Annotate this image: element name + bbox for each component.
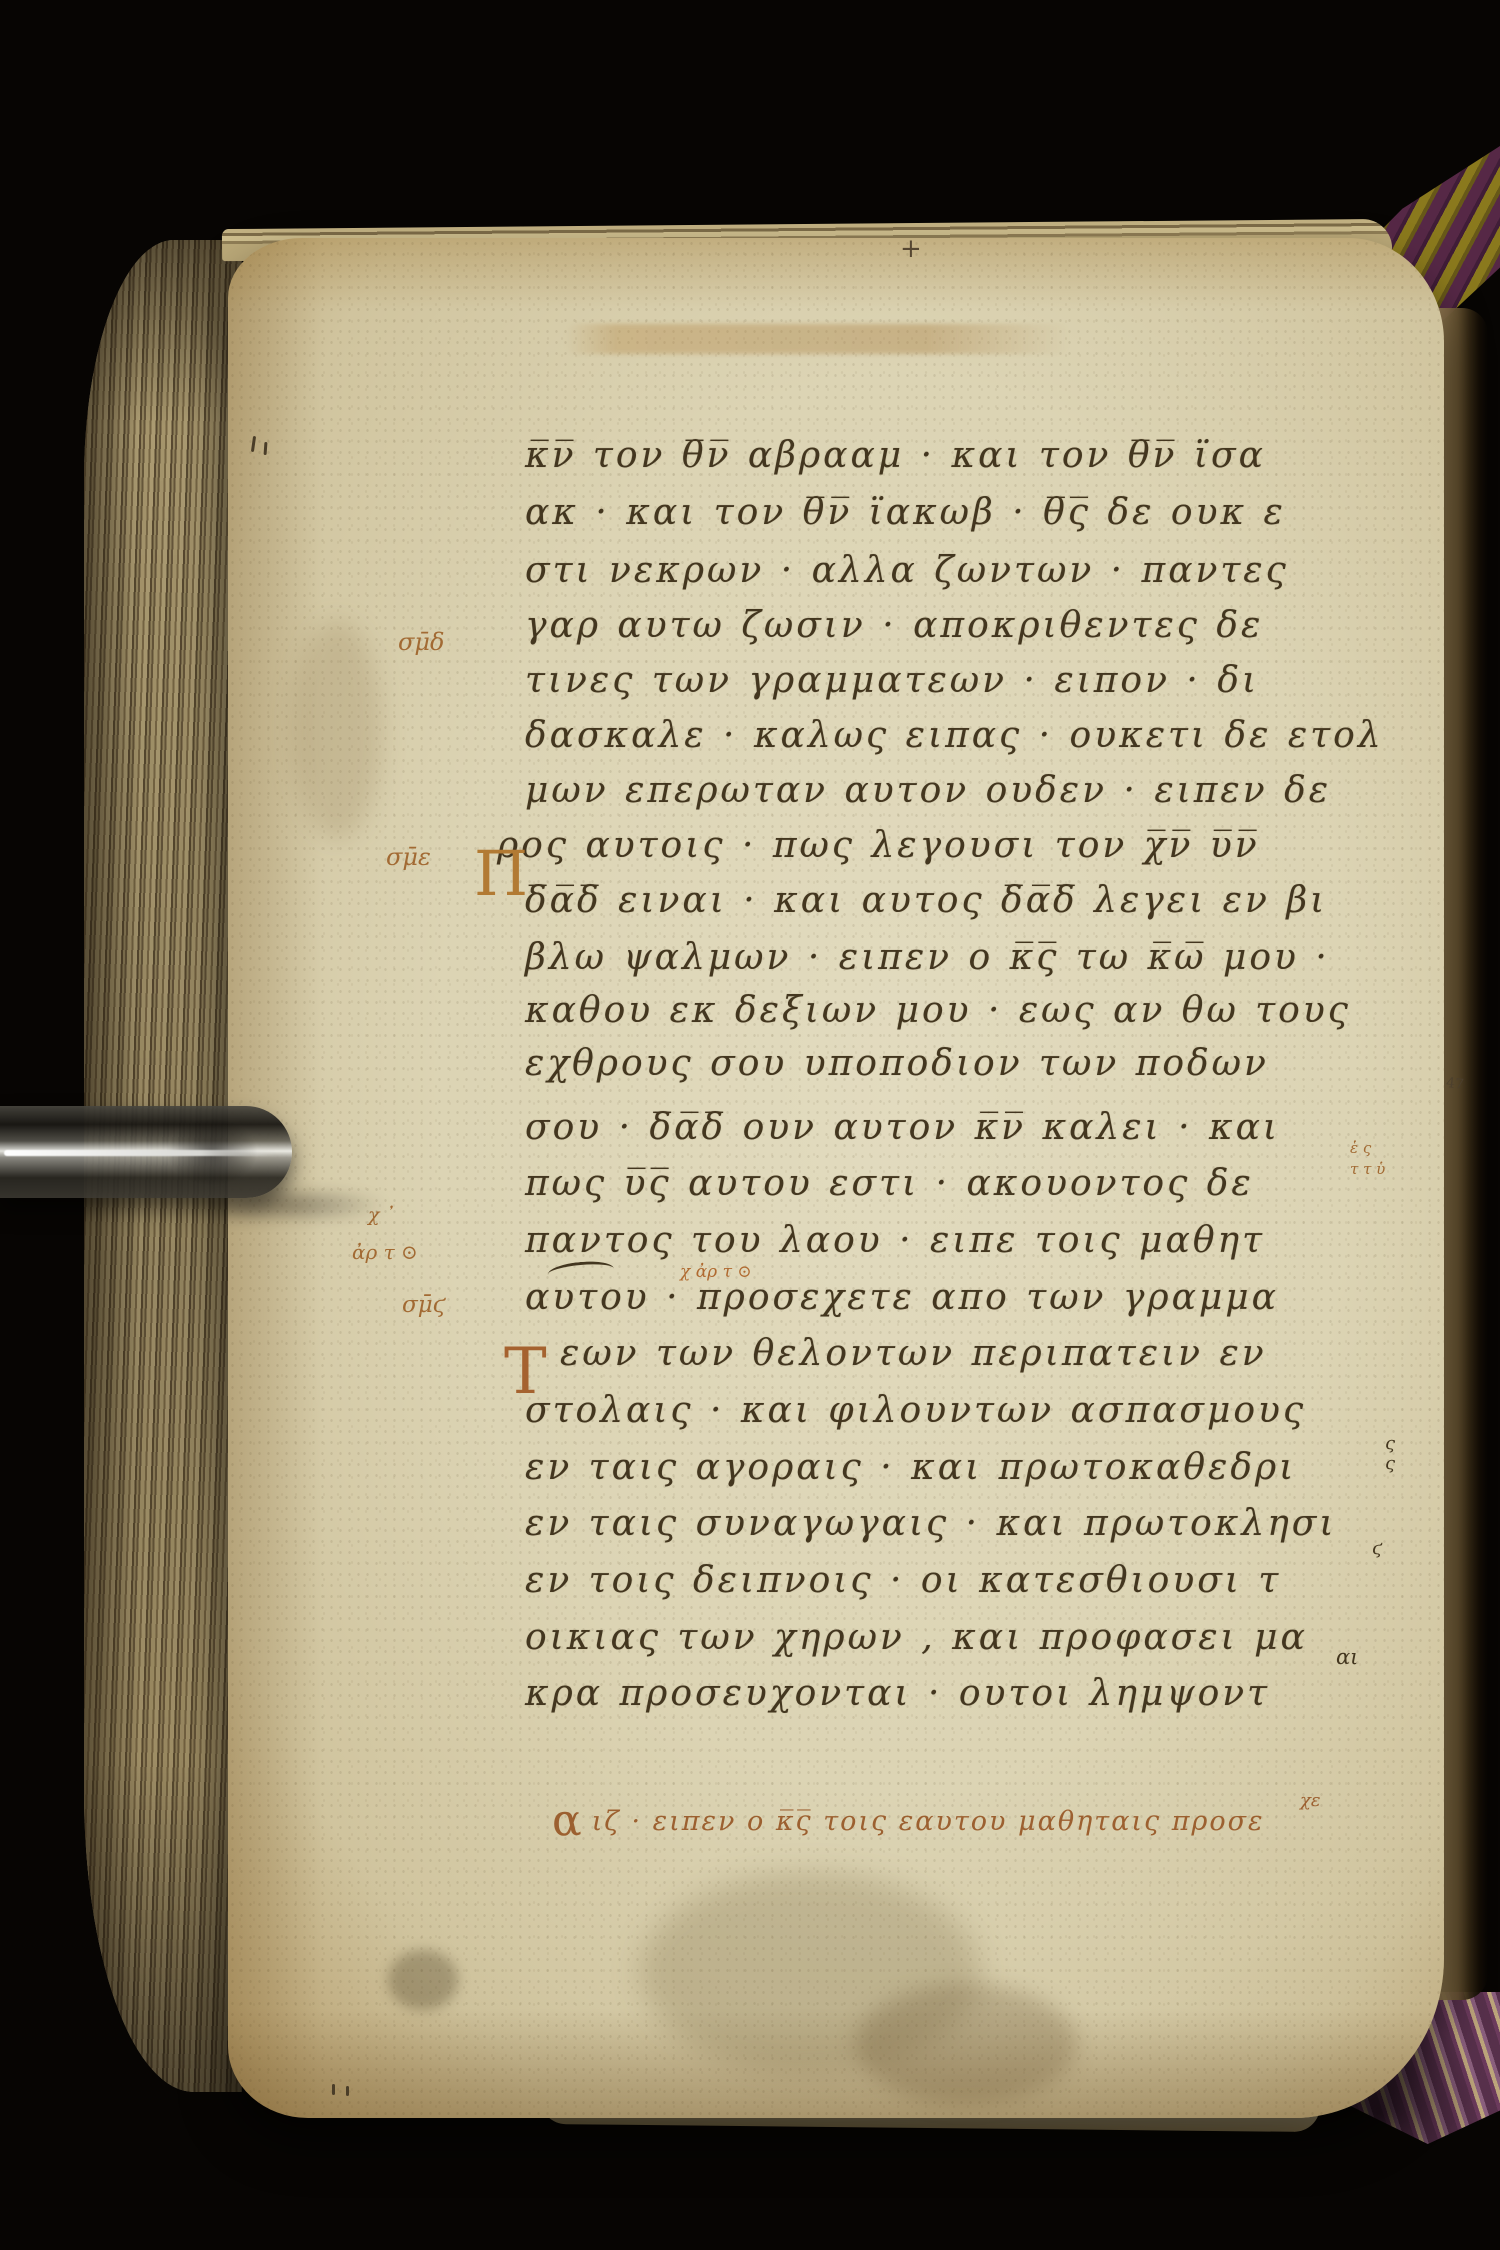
text-line: κ̅ν̅ τον θ̅ν̅ αβρααμ · και τον θ̅ν̅ ϊσα xyxy=(525,435,1266,489)
rubric-text: ιζ · ειπεν ο κ̅ς̅ τοις εαυτου μαθηταις π… xyxy=(592,1806,1265,1837)
text-line: δασκαλε · καλως ειπας · ουκετι δε ετολ xyxy=(525,715,1384,769)
text-line: εων των θελοντων περιπατειν εν xyxy=(560,1333,1267,1387)
text-line: τινες των γραμματεων · ειπον · δι xyxy=(525,660,1259,714)
margin-section-number: σμ̄ε xyxy=(386,843,431,871)
text-line: εχθρους σου υποποδιον των ποδων xyxy=(525,1043,1269,1097)
margin-section-number: σμ̄ϛ xyxy=(402,1292,446,1318)
head-cross-mark: + xyxy=(900,234,922,264)
text-line: ρος αυτοις · πως λεγουσι τον χ̅ν̅ υ̅ν̅ xyxy=(497,825,1260,879)
text-line: γαρ αυτω ζωσιν · αποκριθεντες δε xyxy=(525,605,1263,659)
ink-mark xyxy=(332,2084,335,2095)
text-line: δ̅α̅δ̅ ειναι · και αυτος δ̅α̅δ̅ λεγει εν… xyxy=(525,880,1327,934)
rubric-initial: α xyxy=(552,1803,584,1838)
book-fore-edge xyxy=(1438,308,1488,2000)
margin-section-number: σμ̄δ xyxy=(398,628,444,656)
text-line: βλω ψαλμων · ειπεν ο κ̅ς̅ τω κ̅ω̅ μου · xyxy=(525,937,1330,991)
text-line: κρα προσευχονται · ουτοι λημψοντ xyxy=(525,1673,1270,1727)
text-line: οικιας των χηρων , και προφασει μα xyxy=(525,1617,1308,1671)
glass-weight-rod xyxy=(0,1106,292,1198)
text-line: σου · δ̅α̅δ̅ ουν αυτον κ̅ν̅ καλει · και xyxy=(525,1107,1280,1161)
text-line: μων επερωταν αυτον ουδεν · ειπεν δε xyxy=(525,770,1331,824)
text-line: πως υ̅ς̅ αυτου εστι · ακουοντος δε xyxy=(525,1163,1254,1217)
text-line: εν ταις αγοραις · και πρωτοκαθεδρι xyxy=(525,1447,1296,1501)
fore-edge-number: 47 xyxy=(1445,1075,1465,1093)
initial-pi: Π xyxy=(474,843,528,905)
line-ending-abbreviation: ς ς xyxy=(1385,1434,1395,1474)
faded-rubric-smear xyxy=(565,324,1070,354)
text-line: στι νεκρων · αλλα ζωντων · παντες xyxy=(525,550,1289,604)
line-ending-abbreviation: ϛ xyxy=(1372,1538,1382,1559)
rubric-incipit-line: αιζ · ειπεν ο κ̅ς̅ τοις εαυτου μαθηταις … xyxy=(552,1798,1265,1837)
text-line: εν ταις συναγωγαις · και πρωτοκλησι xyxy=(525,1503,1336,1557)
text-line: παντος του λαου · ειπε τοις μαθητ xyxy=(525,1220,1265,1274)
initial-tau: Τ xyxy=(504,1340,547,1404)
rubric-superscript: χε xyxy=(1300,1790,1321,1811)
text-line: εν τοις δειπνοις · οι κατεσθιουσι τ xyxy=(525,1560,1281,1614)
text-line: ακ · και τον θ̅ν̅ ϊακωβ · θ̅ς̅ δε ουκ ε xyxy=(525,492,1286,546)
inline-lection-mark: χ ἀρ τ ⊙ xyxy=(680,1262,752,1282)
margin-telos-mark: ἑ ς τ τ ὑ xyxy=(1350,1138,1385,1180)
text-line: στολαις · και φιλουντων ασπασμους xyxy=(525,1390,1306,1444)
margin-lection-mark: ἀρ τ ⊙ xyxy=(352,1240,418,1264)
text-line: καθου εκ δεξιων μου · εως αν θω τους xyxy=(525,990,1351,1044)
text-line: αυτου · προσεχετε απο των γραμμα xyxy=(525,1277,1279,1331)
photograph-black-background: { "manuscript": { "lines": [ "κ̅ν̅ τον θ… xyxy=(0,0,1500,2250)
ink-mark xyxy=(346,2086,349,2096)
superscript-ending: αι xyxy=(1336,1645,1358,1669)
